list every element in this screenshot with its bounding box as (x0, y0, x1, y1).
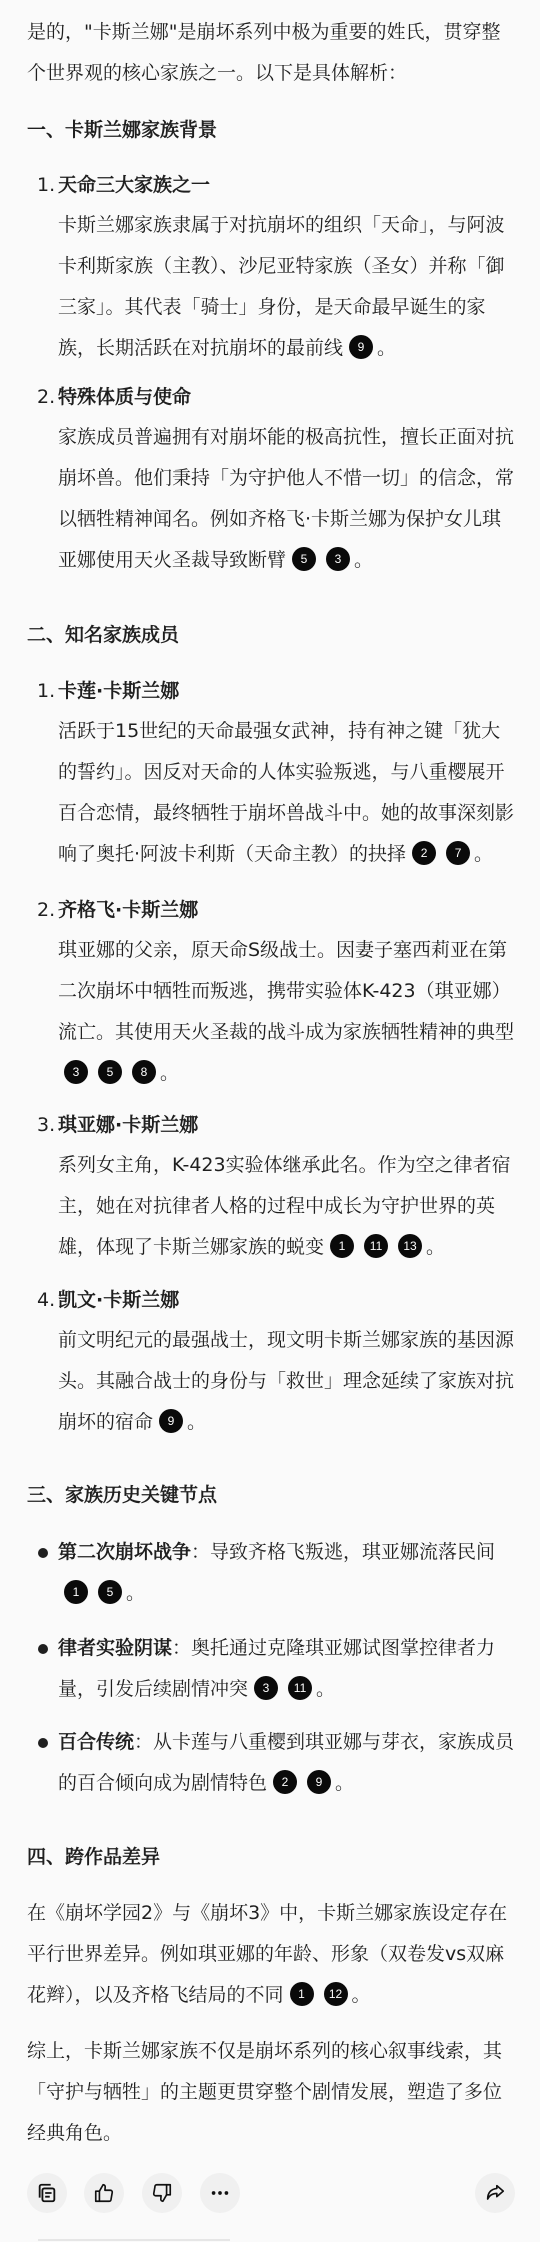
colon: ： (134, 1731, 153, 1753)
list-item: 3. 琪亚娜·卡斯兰娜 系列女主角，K-423实验体继承此名。作为空之律者宿主，… (27, 1110, 515, 1268)
citation-badge[interactable]: 11 (288, 1676, 312, 1700)
dislike-button[interactable] (142, 2173, 182, 2213)
punct: 。 (426, 1236, 445, 1258)
list-item-body: 卡斯兰娜家族隶属于对抗崩坏的组织「天命」，与阿波卡利斯家族（主教）、沙尼亚特家族… (58, 205, 515, 369)
intro-paragraph: 是的，"卡斯兰娜"是崩坏系列中极为重要的姓氏，贯穿整个世界观的核心家族之一。以下… (27, 12, 515, 94)
more-icon (209, 2182, 231, 2204)
list-item: 4. 凯文·卡斯兰娜 前文明纪元的最强战士，现文明卡斯兰娜家族的基因源头。其融合… (27, 1285, 515, 1443)
citation-badge[interactable]: 5 (98, 1060, 122, 1084)
list-item: 1. 卡莲·卡斯兰娜 活跃于15世纪的天命最强女武神，持有神之键「犹大的誓约」。… (27, 676, 515, 875)
punct: 。 (187, 1411, 206, 1433)
list-number: 2. (37, 382, 55, 412)
citation-badge[interactable]: 9 (349, 335, 373, 359)
thumbs-up-icon (93, 2182, 115, 2204)
list-item-body: 活跃于15世纪的天命最强女武神，持有神之键「犹大的誓约」。因反对天命的人体实验叛… (58, 711, 515, 875)
section-4-paragraph: 在《崩坏学园2》与《崩坏3》中，卡斯兰娜家族设定存在平行世界差异。例如琪亚娜的年… (27, 1893, 515, 2016)
list-item-body: 前文明纪元的最强战士，现文明卡斯兰娜家族的基因源头。其融合战士的身份与「救世」理… (58, 1320, 515, 1443)
section-heading-4: 四、跨作品差异 (27, 1842, 160, 1872)
like-button[interactable] (84, 2173, 124, 2213)
bullet-item: 百合传统：从卡莲与八重樱到琪亚娜与芽衣，家族成员的百合倾向成为剧情特色29。 (27, 1722, 515, 1804)
body-text: 在《崩坏学园2》与《崩坏3》中，卡斯兰娜家族设定存在平行世界差异。例如琪亚娜的年… (27, 1902, 507, 2006)
citation-badge[interactable]: 3 (254, 1676, 278, 1700)
body-text: 琪亚娜的父亲，原天命S级战士。因妻子塞西莉亚在第二次崩坏中牺牲而叛逃，携带实验体… (58, 939, 514, 1043)
colon: ： (191, 1541, 210, 1563)
list-item: 2. 特殊体质与使命 家族成员普遍拥有对崩坏能的极高抗性，擅长正面对抗崩坏兽。他… (27, 382, 515, 581)
colon: ： (172, 1637, 191, 1659)
section-heading-3: 三、家族历史关键节点 (27, 1480, 217, 1510)
more-button[interactable] (200, 2173, 240, 2213)
list-item: 2. 齐格飞·卡斯兰娜 琪亚娜的父亲，原天命S级战士。因妻子塞西莉亚在第二次崩坏… (27, 895, 515, 1094)
bullet-label: 百合传统 (58, 1731, 134, 1753)
citation-badge[interactable]: 13 (398, 1234, 422, 1258)
bullet-label: 第二次崩坏战争 (58, 1541, 191, 1563)
share-icon (484, 2182, 506, 2204)
punct: 。 (474, 843, 493, 865)
list-number: 1. (37, 170, 55, 200)
body-text: 家族成员普遍拥有对崩坏能的极高抗性，擅长正面对抗崩坏兽。他们秉持「为守护他人不惜… (58, 426, 514, 571)
bullet-item: 第二次崩坏战争：导致齐格飞叛逃，琪亚娜流落民间15。 (27, 1532, 515, 1614)
bullet-dot (38, 1738, 48, 1748)
citation-badge[interactable]: 5 (292, 547, 316, 571)
punct: 。 (126, 1582, 145, 1604)
punct: 。 (377, 337, 396, 359)
thumbs-down-icon (151, 2182, 173, 2204)
citation-badge[interactable]: 3 (326, 547, 350, 571)
list-item-title: 特殊体质与使命 (58, 382, 515, 412)
list-number: 1. (37, 676, 55, 706)
list-item: 1. 天命三大家族之一 卡斯兰娜家族隶属于对抗崩坏的组织「天命」，与阿波卡利斯家… (27, 170, 515, 369)
citation-badge[interactable]: 7 (446, 841, 470, 865)
citation-badge[interactable]: 5 (98, 1580, 122, 1604)
punct: 。 (316, 1678, 335, 1700)
list-item-title: 凯文·卡斯兰娜 (58, 1285, 515, 1315)
citation-badge[interactable]: 11 (364, 1234, 388, 1258)
punct: 。 (352, 1984, 371, 2006)
copy-icon (36, 2182, 58, 2204)
list-item-body: 家族成员普遍拥有对崩坏能的极高抗性，擅长正面对抗崩坏兽。他们秉持「为守护他人不惜… (58, 417, 515, 581)
citation-badge[interactable]: 2 (412, 841, 436, 865)
list-item-title: 齐格飞·卡斯兰娜 (58, 895, 515, 925)
divider (38, 2239, 230, 2241)
bullet-dot (38, 1548, 48, 1558)
citation-badge[interactable]: 2 (273, 1770, 297, 1794)
body-text: 前文明纪元的最强战士，现文明卡斯兰娜家族的基因源头。其融合战士的身份与「救世」理… (58, 1329, 514, 1433)
body-text: 活跃于15世纪的天命最强女武神，持有神之键「犹大的誓约」。因反对天命的人体实验叛… (58, 720, 514, 865)
citation-badge[interactable]: 1 (290, 1982, 314, 2006)
message-actions (27, 2173, 515, 2215)
body-text: 导致齐格飞叛逃，琪亚娜流落民间 (210, 1541, 495, 1563)
list-item-title: 琪亚娜·卡斯兰娜 (58, 1110, 515, 1140)
citation-badge[interactable]: 8 (132, 1060, 156, 1084)
punct: 。 (160, 1062, 179, 1084)
share-button[interactable] (475, 2173, 515, 2213)
citation-badge[interactable]: 12 (324, 1982, 348, 2006)
list-number: 2. (37, 895, 55, 925)
citation-badge[interactable]: 9 (307, 1770, 331, 1794)
bullet-item: 律者实验阴谋：奥托通过克隆琪亚娜试图掌控律者力量，引发后续剧情冲突311。 (27, 1628, 515, 1710)
bullet-dot (38, 1644, 48, 1654)
copy-button[interactable] (27, 2173, 67, 2213)
list-item-title: 卡莲·卡斯兰娜 (58, 676, 515, 706)
conclusion-paragraph: 综上，卡斯兰娜家族不仅是崩坏系列的核心叙事线索，其「守护与牺牲」的主题更贯穿整个… (27, 2031, 515, 2154)
list-number: 4. (37, 1285, 55, 1315)
punct: 。 (335, 1772, 354, 1794)
list-item-title: 天命三大家族之一 (58, 170, 515, 200)
citation-badge[interactable]: 1 (330, 1234, 354, 1258)
citation-badge[interactable]: 3 (64, 1060, 88, 1084)
list-item-body: 系列女主角，K-423实验体继承此名。作为空之律者宿主，她在对抗律者人格的过程中… (58, 1145, 515, 1268)
punct: 。 (354, 549, 373, 571)
body-text: 卡斯兰娜家族隶属于对抗崩坏的组织「天命」，与阿波卡利斯家族（主教）、沙尼亚特家族… (58, 214, 505, 359)
section-heading-1: 一、卡斯兰娜家族背景 (27, 115, 217, 145)
citation-badge[interactable]: 1 (64, 1580, 88, 1604)
citation-badge[interactable]: 9 (159, 1409, 183, 1433)
list-number: 3. (37, 1110, 55, 1140)
list-item-body: 琪亚娜的父亲，原天命S级战士。因妻子塞西莉亚在第二次崩坏中牺牲而叛逃，携带实验体… (58, 930, 515, 1094)
bullet-label: 律者实验阴谋 (58, 1637, 172, 1659)
section-heading-2: 二、知名家族成员 (27, 620, 179, 650)
